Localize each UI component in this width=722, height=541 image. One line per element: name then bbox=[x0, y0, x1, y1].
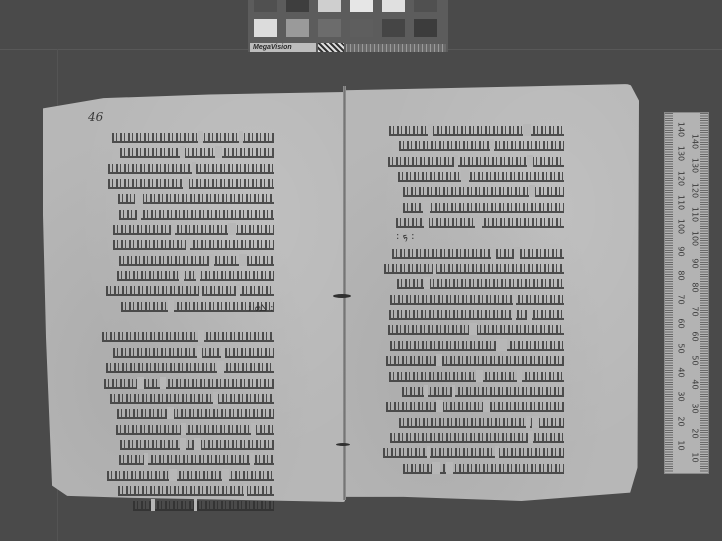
target-scale bbox=[346, 44, 446, 52]
manuscript-text-line bbox=[383, 400, 564, 413]
ruler-ticks bbox=[665, 113, 673, 473]
color-patch bbox=[350, 19, 373, 37]
manuscript-text-line bbox=[101, 223, 274, 236]
manuscript-text-line bbox=[383, 308, 564, 321]
measuring-ruler: 1020304050607080901001101201301401401301… bbox=[664, 112, 709, 474]
manuscript-text-line bbox=[383, 293, 564, 306]
binding-stitch bbox=[336, 443, 350, 446]
manuscript-text-line bbox=[383, 262, 564, 275]
manuscript-text-line bbox=[101, 423, 274, 436]
ruler-label: 140 bbox=[677, 120, 686, 140]
checker-pattern bbox=[318, 43, 344, 52]
color-patch bbox=[318, 19, 341, 37]
manuscript-text-line bbox=[383, 446, 564, 459]
ruler-label: 100 bbox=[677, 217, 686, 237]
manuscript-text-line bbox=[101, 330, 274, 343]
ruler-label: 70 bbox=[677, 290, 686, 310]
manuscript-text-line bbox=[101, 238, 274, 251]
color-patch bbox=[350, 0, 373, 12]
gutter-fold bbox=[343, 86, 346, 500]
manuscript-text-line bbox=[101, 377, 274, 390]
manuscript-text-line bbox=[383, 247, 564, 260]
manuscript-text-line bbox=[101, 469, 274, 482]
color-patch bbox=[286, 19, 309, 37]
color-patch bbox=[382, 0, 405, 12]
manuscript-text-line bbox=[101, 177, 274, 190]
manuscript-text-line bbox=[383, 323, 564, 336]
color-patch bbox=[254, 0, 277, 12]
manuscript-text-line bbox=[101, 315, 274, 328]
manuscript-text-line bbox=[101, 208, 274, 221]
manuscript-text-line bbox=[101, 284, 274, 297]
ruler-label: 90 bbox=[677, 241, 686, 261]
manuscript-text-line bbox=[383, 139, 564, 152]
ruler-label: 80 bbox=[691, 277, 700, 297]
manuscript-text-line bbox=[383, 170, 564, 183]
ruler-label: 60 bbox=[677, 314, 686, 334]
ruler-label: 10 bbox=[677, 435, 686, 455]
ruler-label: 100 bbox=[691, 229, 700, 249]
manuscript-text-line bbox=[383, 370, 564, 383]
ruler-label: 80 bbox=[677, 265, 686, 285]
ruler-label: 90 bbox=[691, 253, 700, 273]
ruler-label: 130 bbox=[691, 156, 700, 176]
ruler-label: 120 bbox=[677, 168, 686, 188]
ruler-label: 30 bbox=[691, 399, 700, 419]
ruler-label: 140 bbox=[691, 132, 700, 152]
ruler-label: 70 bbox=[691, 302, 700, 322]
color-patch bbox=[414, 0, 437, 12]
manuscript-text-line bbox=[383, 155, 564, 168]
brand-label: MegaVision bbox=[250, 43, 316, 52]
section-divider-mark: : ܠܗ : bbox=[248, 303, 274, 314]
manuscript-text-line bbox=[101, 499, 274, 512]
manuscript-text-line bbox=[383, 124, 564, 137]
ruler-label: 10 bbox=[691, 448, 700, 468]
manuscript-text-line bbox=[101, 269, 274, 282]
manuscript-text-line bbox=[101, 254, 274, 267]
manuscript-text-line bbox=[383, 354, 564, 367]
ruler-label: 20 bbox=[691, 423, 700, 443]
ruler-label: 30 bbox=[677, 387, 686, 407]
manuscript-text-line bbox=[101, 146, 274, 159]
ruler-label: 40 bbox=[677, 363, 686, 383]
ruler-label: 110 bbox=[691, 205, 700, 225]
ruler-label: 120 bbox=[691, 180, 700, 200]
manuscript-text-line bbox=[383, 385, 564, 398]
manuscript-text-line bbox=[101, 453, 274, 466]
manuscript-text-line bbox=[101, 131, 274, 144]
manuscript-text-line bbox=[383, 216, 564, 229]
manuscript-text-line bbox=[383, 201, 564, 214]
left-text-column bbox=[101, 131, 274, 515]
manuscript-text-line bbox=[101, 407, 274, 420]
manuscript-text-line bbox=[101, 361, 274, 374]
ruler-label: 40 bbox=[691, 375, 700, 395]
manuscript-text-line bbox=[383, 277, 564, 290]
color-patch bbox=[382, 19, 405, 37]
manuscript-text-line bbox=[383, 339, 564, 352]
manuscript-text-line bbox=[383, 462, 564, 475]
manuscript-text-line bbox=[383, 185, 564, 198]
binding-stitch bbox=[333, 294, 351, 298]
color-patch bbox=[414, 19, 437, 37]
ruler-label: 110 bbox=[677, 192, 686, 212]
ruler-label: 60 bbox=[691, 326, 700, 346]
ruler-label: 130 bbox=[677, 144, 686, 164]
manuscript-text-line bbox=[101, 192, 274, 205]
manuscript-text-line bbox=[383, 431, 564, 444]
manuscript-text-line bbox=[101, 392, 274, 405]
manuscript-text-line bbox=[101, 484, 274, 497]
color-calibration-target: MegaVision bbox=[248, 0, 448, 52]
color-patch bbox=[286, 0, 309, 12]
color-patch bbox=[318, 0, 341, 12]
ruler-label: 20 bbox=[677, 411, 686, 431]
manuscript-text-line bbox=[101, 162, 274, 175]
folio-number: 46 bbox=[88, 110, 103, 124]
manuscript-text-line bbox=[101, 346, 274, 359]
ruler-ticks bbox=[700, 113, 708, 473]
ruler-label: 50 bbox=[691, 350, 700, 370]
right-text-column bbox=[383, 124, 564, 477]
ruler-label: 50 bbox=[677, 338, 686, 358]
section-divider-mark: : ܟ : bbox=[396, 231, 415, 242]
color-patch bbox=[254, 19, 277, 37]
manuscript-text-line bbox=[101, 438, 274, 451]
manuscript-text-line bbox=[383, 416, 564, 429]
